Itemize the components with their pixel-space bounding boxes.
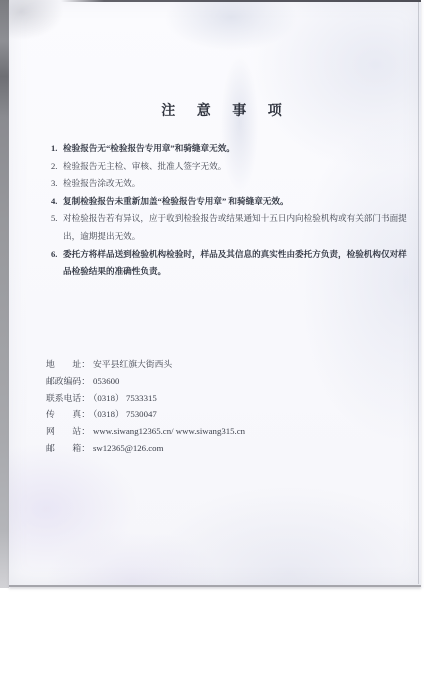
item-number: 5. xyxy=(51,210,63,245)
notice-document-paper: 注 意 事 项 1. 检验报告无“检验报告专用章”和骑缝章无效。 2. 检验报告… xyxy=(9,0,421,587)
notice-item-2: 2. 检验报告无主检、审核、批准人签字无效。 xyxy=(51,158,407,176)
item-text: 检验报告涂改无效。 xyxy=(63,175,407,193)
contact-value: www.siwang12365.cn/ www.siwang315.cn xyxy=(93,426,245,436)
notice-item-5: 5. 对检验报告若有异议，应于收到检验报告或结果通知十五日内向检验机构或有关部门… xyxy=(51,210,407,245)
item-text: 委托方将样品送到检验机构检验时，样品及其信息的真实性由委托方负责，检验机构仅对样… xyxy=(63,246,407,281)
contact-label: 邮政编码： xyxy=(46,376,90,386)
item-text: 检验报告无主检、审核、批准人签字无效。 xyxy=(63,158,407,176)
contact-label: 网 站： xyxy=(46,426,90,436)
contact-block: 地 址：安平县红旗大街西头 邮政编码：053600 联系电话：（0318） 75… xyxy=(46,356,245,457)
item-text: 对检验报告若有异议，应于收到检验报告或结果通知十五日内向检验机构或有关部门书面提… xyxy=(63,210,407,245)
scan-area: 注 意 事 项 1. 检验报告无“检验报告专用章”和骑缝章无效。 2. 检验报告… xyxy=(0,0,424,588)
contact-value: （0318） 7533315 xyxy=(93,393,157,403)
contact-label: 联系电话： xyxy=(46,393,90,403)
paper-top-edge xyxy=(61,0,421,2)
page-title: 注 意 事 项 xyxy=(9,100,421,120)
contact-value: 安平县红旗大街西头 xyxy=(93,359,172,369)
contact-label: 邮 箱： xyxy=(46,443,90,453)
notice-item-3: 3. 检验报告涂改无效。 xyxy=(51,175,407,193)
contact-postcode: 邮政编码：053600 xyxy=(46,373,245,390)
notice-item-1: 1. 检验报告无“检验报告专用章”和骑缝章无效。 xyxy=(51,140,407,158)
contact-fax: 传 真：（0318） 7530047 xyxy=(46,406,245,423)
notice-item-6: 6. 委托方将样品送到检验机构检验时，样品及其信息的真实性由委托方负责，检验机构… xyxy=(51,246,407,281)
notice-item-4: 4. 复制检验报告未重新加盖“检验报告专用章” 和骑缝章无效。 xyxy=(51,193,407,211)
scanner-edge-strip xyxy=(0,0,9,588)
contact-address: 地 址：安平县红旗大街西头 xyxy=(46,356,245,373)
item-number: 2. xyxy=(51,158,63,176)
item-number: 1. xyxy=(51,140,63,158)
item-number: 3. xyxy=(51,175,63,193)
item-number: 6. xyxy=(51,246,63,281)
contact-value: （0318） 7530047 xyxy=(93,409,157,419)
item-number: 4. xyxy=(51,193,63,211)
contact-label: 传 真： xyxy=(46,409,90,419)
contact-email: 邮 箱：sw12365@126.com xyxy=(46,440,245,457)
contact-value: sw12365@126.com xyxy=(93,443,163,453)
paper-right-edge xyxy=(418,2,419,584)
item-text: 检验报告无“检验报告专用章”和骑缝章无效。 xyxy=(63,140,407,158)
item-text: 复制检验报告未重新加盖“检验报告专用章” 和骑缝章无效。 xyxy=(63,193,407,211)
contact-phone: 联系电话：（0318） 7533315 xyxy=(46,390,245,407)
contact-value: 053600 xyxy=(93,376,119,386)
notice-list: 1. 检验报告无“检验报告专用章”和骑缝章无效。 2. 检验报告无主检、审核、批… xyxy=(51,140,407,281)
contact-label: 地 址： xyxy=(46,359,90,369)
contact-website: 网 站：www.siwang12365.cn/ www.siwang315.cn xyxy=(46,423,245,440)
scanned-page: 注 意 事 项 1. 检验报告无“检验报告专用章”和骑缝章无效。 2. 检验报告… xyxy=(0,0,424,700)
